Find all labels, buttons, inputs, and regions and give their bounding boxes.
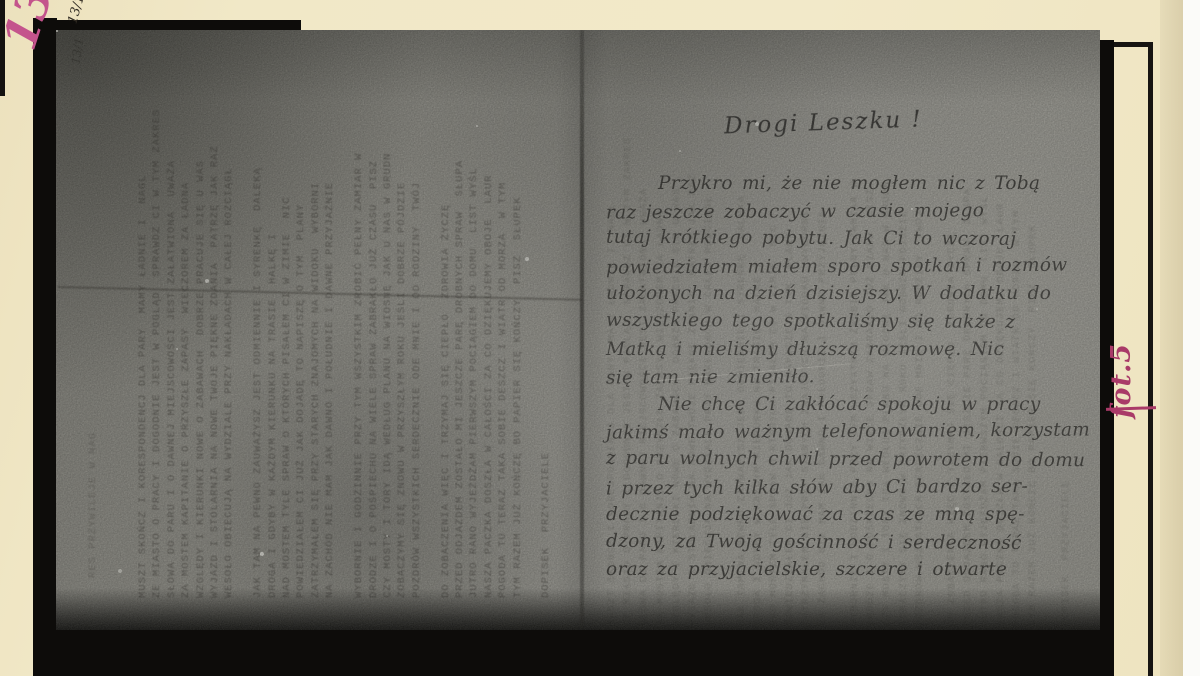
mat-edge-shading xyxy=(1160,0,1183,676)
mat-rule-vertical xyxy=(1148,42,1153,676)
photo-frame-left xyxy=(33,18,57,676)
letter-photograph: MUSZT SKOŃCZ I KORESPONDENCJ DLA PARY MA… xyxy=(56,30,1100,630)
photo-frame-bottom xyxy=(33,628,1114,676)
center-fold-line xyxy=(580,30,584,630)
archive-scan-page: MUSZT SKOŃCZ I KORESPONDENCJ DLA PARY MA… xyxy=(0,0,1200,676)
dust-specks xyxy=(56,30,58,32)
scanner-background-strip xyxy=(1183,0,1200,676)
